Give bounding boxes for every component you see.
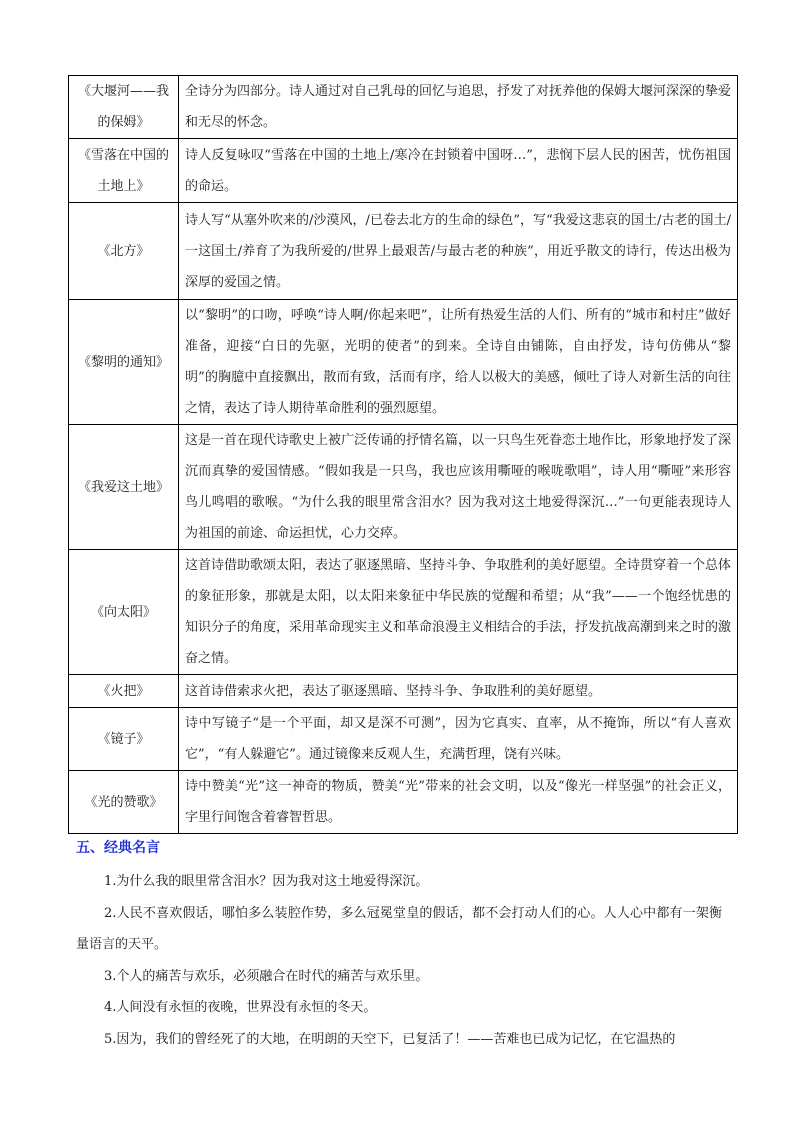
table-row: 《我爱这土地》 这是一首在现代诗歌史上被广泛传诵的抒情名篇，以一只鸟生死眷恋土地… <box>69 425 738 550</box>
poem-title-cell: 《北方》 <box>69 203 179 300</box>
table-row: 《北方》 诗人写“从塞外吹来的/沙漠风，/已卷去北方的生命的绿色”，写“我爱这悲… <box>69 203 738 300</box>
poem-desc-cell: 这是一首在现代诗歌史上被广泛传诵的抒情名篇，以一只鸟生死眷恋土地作比，形象地抒发… <box>179 425 738 550</box>
quote-item: 4.人间没有永恒的夜晚，世界没有永恒的冬天。 <box>76 992 722 1024</box>
poem-title-cell: 《火把》 <box>69 675 179 708</box>
poem-desc-cell: 以“黎明”的口吻，呼唤“诗人啊/你起来吧”，让所有热爱生活的人们、所有的“城市和… <box>179 300 738 425</box>
poem-desc-cell: 这首诗借索求火把，表达了驱逐黑暗、坚持斗争、争取胜利的美好愿望。 <box>179 675 738 708</box>
table-row: 《光的赞歌》 诗中赞美“光”这一神奇的物质，赞美“光”带来的社会文明，以及“像光… <box>69 771 738 834</box>
poem-title-cell: 《雪落在中国的土地上》 <box>69 139 179 203</box>
poem-title-cell: 《向太阳》 <box>69 550 179 675</box>
table-row: 《黎明的通知》 以“黎明”的口吻，呼唤“诗人啊/你起来吧”，让所有热爱生活的人们… <box>69 300 738 425</box>
table-row: 《火把》 这首诗借索求火把，表达了驱逐黑暗、坚持斗争、争取胜利的美好愿望。 <box>69 675 738 708</box>
poem-desc-cell: 诗中写镜子“是一个平面，却又是深不可测”，因为它真实、直率，从不掩饰，所以“有人… <box>179 708 738 771</box>
table-row: 《向太阳》 这首诗借助歌颂太阳，表达了驱逐黑暗、坚持斗争、争取胜利的美好愿望。全… <box>69 550 738 675</box>
poem-title-cell: 《光的赞歌》 <box>69 771 179 834</box>
poem-title-cell: 《大堰河——我的保姆》 <box>69 76 179 139</box>
poem-title-cell: 《我爱这土地》 <box>69 425 179 550</box>
document-page: 《大堰河——我的保姆》 全诗分为四部分。诗人通过对自己乳母的回忆与追思，抒发了对… <box>0 0 793 1122</box>
poem-title-cell: 《镜子》 <box>69 708 179 771</box>
poem-desc-cell: 这首诗借助歌颂太阳，表达了驱逐黑暗、坚持斗争、争取胜利的美好愿望。全诗贯穿着一个… <box>179 550 738 675</box>
quote-item: 5.因为，我们的曾经死了的大地，在明朗的天空下，已复活了！——苦难也已成为记忆，… <box>76 1024 722 1056</box>
table-row: 《镜子》 诗中写镜子“是一个平面，却又是深不可测”，因为它真实、直率，从不掩饰，… <box>69 708 738 771</box>
quote-item: 3.个人的痛苦与欢乐，必须融合在时代的痛苦与欢乐里。 <box>76 961 722 993</box>
quote-item: 1.为什么我的眼里常含泪水？因为我对这土地爱得深沉。 <box>76 866 722 898</box>
poem-desc-cell: 全诗分为四部分。诗人通过对自己乳母的回忆与追思，抒发了对抚养他的保姆大堰河深深的… <box>179 76 738 139</box>
table-row: 《雪落在中国的土地上》 诗人反复咏叹“雪落在中国的土地上/寒冷在封锁着中国呀…”… <box>69 139 738 203</box>
poem-desc-cell: 诗人写“从塞外吹来的/沙漠风，/已卷去北方的生命的绿色”，写“我爱这悲哀的国土/… <box>179 203 738 300</box>
poem-desc-cell: 诗中赞美“光”这一神奇的物质，赞美“光”带来的社会文明，以及“像光一样坚强”的社… <box>179 771 738 834</box>
poem-desc-cell: 诗人反复咏叹“雪落在中国的土地上/寒冷在封锁着中国呀…”，悲悯下层人民的困苦，忧… <box>179 139 738 203</box>
table-row: 《大堰河——我的保姆》 全诗分为四部分。诗人通过对自己乳母的回忆与追思，抒发了对… <box>69 76 738 139</box>
quote-item: 2.人民不喜欢假话，哪怕多么装腔作势，多么冠冕堂皇的假话，都不会打动人们的心。人… <box>76 898 722 961</box>
poem-title-cell: 《黎明的通知》 <box>69 300 179 425</box>
quotes-list: 1.为什么我的眼里常含泪水？因为我对这土地爱得深沉。 2.人民不喜欢假话，哪怕多… <box>76 866 722 1055</box>
poem-summary-table: 《大堰河——我的保姆》 全诗分为四部分。诗人通过对自己乳母的回忆与追思，抒发了对… <box>68 75 738 834</box>
section-heading: 五、经典名言 <box>76 837 160 857</box>
